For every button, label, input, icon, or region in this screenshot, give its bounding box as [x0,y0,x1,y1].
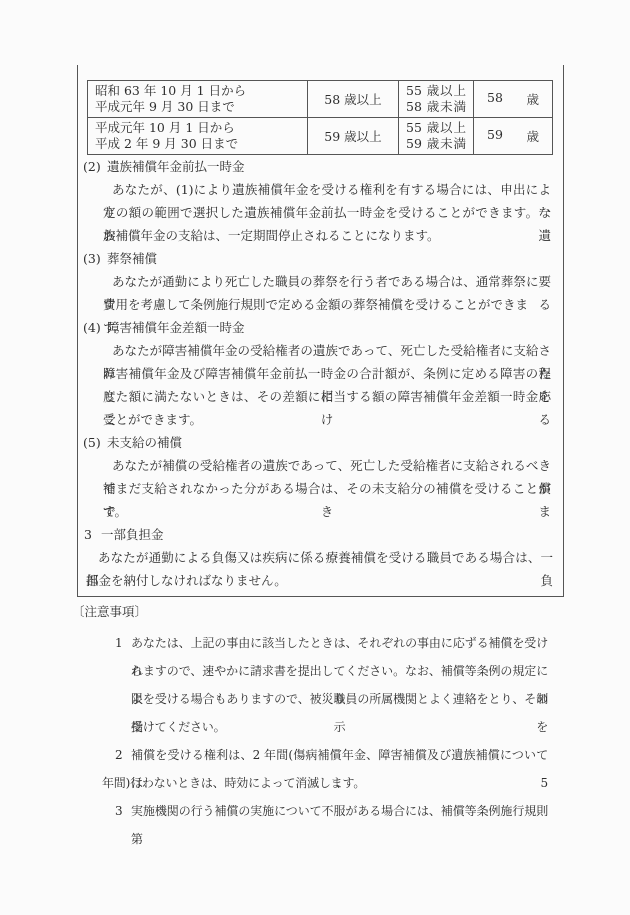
age-range-cell: 55 歳以上 58 歳未満 [399,81,474,118]
age-range-line: 55 歳以上 [406,83,466,99]
age-range-line: 55 歳以上 [406,120,466,136]
notes-heading: 〔注意事項〕 [72,599,147,625]
age-range-cell: 55 歳以上 59 歳未満 [399,118,474,155]
section-number: (2) [83,155,107,178]
section-title: 遺族補償年金前払一時金 [107,155,245,178]
section-body-line: あなたが通勤による負傷又は疾病に係る療養補償を受ける職員である場合は、一部負 [78,546,563,569]
sections-block: (2) 遺族補償年金前払一時金 あなたが、(1)により遺族補償年金を受ける権利を… [78,155,563,592]
section-body-line: あなたが、(1)により遺族補償年金を受ける権利を有する場合には、申出により、一 [78,178,563,201]
section-body-line: じた額に満たないときは、その差額に相当する額の障害補償年金差額一時金を受ける [78,385,563,408]
section-heading: 3 一部負担金 [78,523,563,546]
notes-lines: 1 あなたは、上記の事由に該当したときは、それぞれの事由に応ずる補償を受けら れ… [0,629,630,825]
section-title: 障害補償年金差額一時金 [107,316,245,339]
section-body-line: あなたが補償の受給権者の遺族であって、死亡した受給権者に支給されるべき補償 [78,454,563,477]
age-value-cell: 59 歳 [474,118,553,155]
period-line: 昭和 63 年 10 月 1 日から [88,83,307,99]
period-line: 平成元年 10 月 1 日から [88,120,307,136]
section-number: (5) [83,431,107,454]
note-body-line: 3 実施機関の行う補償の実施について不服がある場合には、補償等条例施行規則第 [0,797,630,825]
section-heading: (4) 障害補償年金差額一時金 [78,316,563,339]
period-line: 平成 2 年 9 月 30 日まで [88,136,307,152]
age-value-number: 58 [487,90,503,108]
age-value-number: 59 [487,127,503,145]
period-cell: 昭和 63 年 10 月 1 日から 平成元年 9 月 30 日まで [88,81,308,118]
section-number: (3) [83,247,107,270]
age-table: 昭和 63 年 10 月 1 日から 平成元年 9 月 30 日まで 58 歳以… [87,80,553,155]
section-title: 葬祭補償 [107,247,157,270]
age-value-unit: 歳 [526,90,539,108]
section-title: 未支給の補償 [107,431,182,454]
age-value-cell: 58 歳 [474,81,553,118]
content-frame: 昭和 63 年 10 月 1 日から 平成元年 9 月 30 日まで 58 歳以… [77,65,564,597]
note-body-line: れますので、速やかに請求書を提出してください。なお、補償等条例の規定により制 [0,657,630,685]
note-item-number: 3 [115,797,123,825]
table-row: 平成元年 10 月 1 日から 平成 2 年 9 月 30 日まで 59 歳以上… [88,118,553,155]
section-body-line: 障害補償年金及び障害補償年金前払一時金の合計額が、条例に定める障害の程度に応 [78,362,563,385]
note-body-line: 1 あなたは、上記の事由に該当したときは、それぞれの事由に応ずる補償を受けら [0,629,630,657]
period-line: 平成元年 9 月 30 日まで [88,99,307,115]
section-body-line: あなたが通勤により死亡した職員の葬祭を行う者である場合は、通常葬祭に要する [78,270,563,293]
section-number: (4) [83,316,107,339]
age-range-line: 59 歳未満 [406,136,466,152]
section-title: 一部負担金 [101,523,164,546]
note-body-line: 2 補償を受ける権利は、2 年間(傷病補償年金、障害補償及び遺族補償については、… [0,741,630,769]
note-body-line: 年間)行わないときは、時効によって消滅します。 [0,769,630,797]
section-heading: (3) 葬祭補償 [78,247,563,270]
age-threshold-cell: 58 歳以上 [308,81,399,118]
note-item-number: 2 [115,741,123,769]
section-body-line: あなたが障害補償年金の受給権者の遺族であって、死亡した受給権者に支給された [78,339,563,362]
note-body-line: 限を受ける場合もありますので、被災職員の所属機関とよく連絡をとり、その指示を [0,685,630,713]
period-cell: 平成元年 10 月 1 日から 平成 2 年 9 月 30 日まで [88,118,308,155]
note-line-text: 実施機関の行う補償の実施について不服がある場合には、補償等条例施行規則第 [131,804,548,846]
table-row: 昭和 63 年 10 月 1 日から 平成元年 9 月 30 日まで 58 歳以… [88,81,553,118]
section-number: 3 [83,523,101,546]
age-value-unit: 歳 [526,127,539,145]
section-body-line: でまだ支給されなかった分がある場合は、その未支給分の補償を受けることができま [78,477,563,500]
section-body-line: 費用を考慮して条例施行規則で定める金額の葬祭補償を受けることができます。 [78,293,563,316]
section-body-line: 定の額の範囲で選択した遺族補償年金前払一時金を受けることができます。なお、遺 [78,201,563,224]
age-threshold-cell: 59 歳以上 [308,118,399,155]
age-range-line: 58 歳未満 [406,99,466,115]
note-item-number: 1 [115,629,123,657]
section-heading: (2) 遺族補償年金前払一時金 [78,155,563,178]
note-body-line: 受けてください。 [0,713,630,741]
section-heading: (5) 未支給の補償 [78,431,563,454]
document-page: { "colors": { "background": "#fbfbfb", "… [0,0,630,915]
